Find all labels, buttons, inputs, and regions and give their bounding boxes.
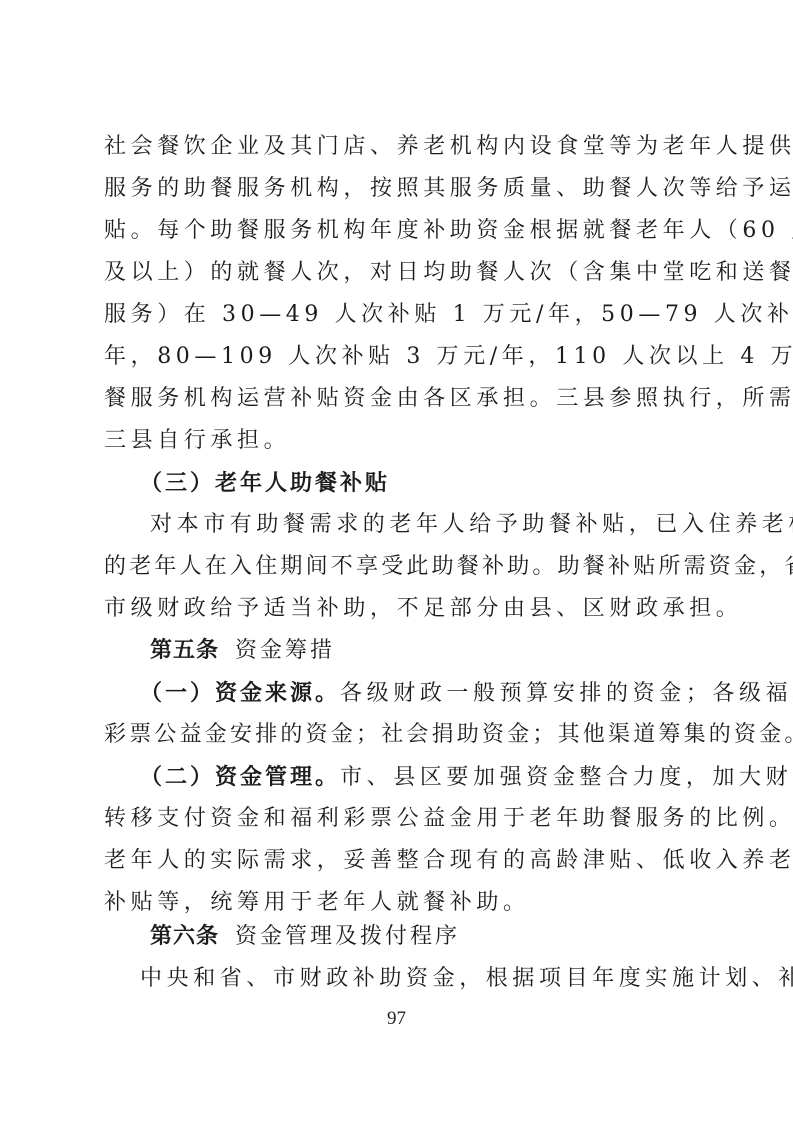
article-number: 第六条	[150, 924, 219, 949]
body-line: 彩票公益金安排的资金；社会捐助资金；其他渠道筹集的资金。	[104, 718, 694, 752]
body-line: 的老年人在入住期间不享受此助餐补助。助餐补贴所需资金，省、	[104, 550, 694, 584]
body-line: 中央和省、市财政补助资金，根据项目年度实施计划、补助	[140, 962, 684, 996]
body-line: 服务）在 30—49 人次补贴 1 万元/年，50—79 人次补贴 2 万元/	[104, 298, 694, 332]
body-line: 三县自行承担。	[104, 424, 694, 458]
body-line: 对本市有助餐需求的老年人给予助餐补贴，已入住养老机构	[150, 508, 694, 542]
body-line: 餐服务机构运营补贴资金由各区承担。三县参照执行，所需资金	[104, 382, 694, 416]
body-line: 补贴等，统筹用于老年人就餐补助。	[104, 886, 694, 920]
body-line: 老年人的实际需求，妥善整合现有的高龄津贴、低收入养老服务	[104, 844, 694, 878]
article-heading: 第五条资金筹措	[150, 634, 694, 668]
section-heading: （三）老年人助餐补贴	[140, 466, 684, 500]
body-line: 及以上）的就餐人次，对日均助餐人次（含集中堂吃和送餐上门	[104, 256, 694, 290]
article-title: 资金管理及拨付程序	[235, 924, 460, 949]
item-label: （一）资金来源。	[140, 680, 340, 706]
body-line: 市级财政给予适当补助，不足部分由县、区财政承担。	[104, 592, 694, 626]
body-line: （二）资金管理。市、县区要加强资金整合力度，加大财政	[140, 760, 684, 794]
item-label: （二）资金管理。	[140, 764, 340, 790]
body-line: 贴。每个助餐服务机构年度补助资金根据就餐老年人（60 周岁	[104, 214, 694, 248]
document-page: 社会餐饮企业及其门店、养老机构内设食堂等为老年人提供就餐 服务的助餐服务机构，按…	[0, 0, 793, 1122]
body-line: 转移支付资金和福利彩票公益金用于老年助餐服务的比例。根据	[104, 802, 694, 836]
article-title: 资金筹措	[235, 638, 335, 663]
page-number: 97	[0, 1008, 793, 1030]
body-line: 年，80—109 人次补贴 3 万元/年，110 人次以上 4 万元/年。助	[104, 340, 694, 374]
article-heading: 第六条资金管理及拨付程序	[150, 920, 694, 954]
item-text: 市、县区要加强资金整合力度，加大财政	[340, 765, 793, 790]
body-line: 服务的助餐服务机构，按照其服务质量、助餐人次等给予运营补	[104, 172, 694, 206]
item-text: 各级财政一般预算安排的资金；各级福利	[340, 681, 793, 706]
body-line: （一）资金来源。各级财政一般预算安排的资金；各级福利	[140, 676, 684, 710]
article-number: 第五条	[150, 638, 219, 663]
body-line: 社会餐饮企业及其门店、养老机构内设食堂等为老年人提供就餐	[104, 130, 694, 164]
